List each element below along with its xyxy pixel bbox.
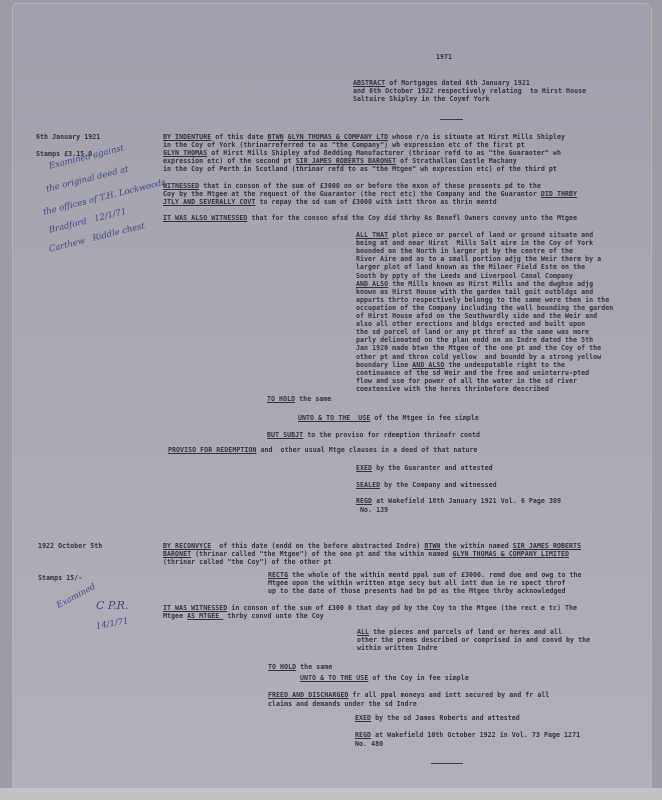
reconveyance-date: 1922 October 5th (38, 542, 102, 550)
indenture-line-2: in the Coy of York (thrinarreferred to a… (163, 141, 525, 149)
text: of Hirst House afsd on the Southwardly s… (356, 312, 597, 320)
note-line: C P.R. (96, 599, 128, 612)
property-line: South by ppty of the Leeds and Liverpool… (356, 272, 573, 280)
indenture-line-4: expression etc) of the second pt SIR JAM… (163, 157, 517, 165)
text: of this date (211, 133, 267, 141)
proviso-lead: PROVISO FOR REDEMPTION (168, 446, 256, 454)
sealed-lead: SEALED (356, 481, 380, 489)
title-line-1: of Mortgages dated 6th January 1921 (385, 79, 530, 87)
mortgagee-name: SIR JAMES ROBERTS (513, 542, 581, 550)
property-line: bounded on the North in larger pt by the… (356, 247, 573, 255)
jtly-covt: JTLY AND SEVERALLY COVT (163, 198, 255, 206)
stamps-duty-1922: Stamps 15/- (38, 574, 82, 582)
text: whose r/o is situate at Hirst Mills Ship… (388, 133, 565, 141)
btwn: BTWN (268, 133, 284, 141)
text: expression etc) of the second pt (163, 157, 296, 165)
text: fr all ppal moneys and intt secured by a… (348, 691, 549, 699)
property-line: flow and use for power of all the water … (356, 377, 577, 385)
witnessed-1922-line-2: Mtgee AS MTGEE thrby convd unto the Coy (163, 612, 324, 620)
text: occupation of the Company including the … (356, 304, 613, 312)
property-line: being at and near Hirst Mills Salt aire … (356, 239, 593, 247)
exed-1922: EXED by the sd James Roberts and atteste… (355, 714, 520, 722)
witnessed-1922-line-1: IT WAS WITNESSED in conson of the sum of… (163, 604, 577, 612)
clause-lead: AND ALSO (356, 280, 388, 288)
regd-1922: REGD at Wakefield 10th October 1922 in V… (355, 731, 580, 739)
text: of the Coy in fee simple (368, 674, 469, 682)
witnessed-lead: IT WAS WITNESSED (163, 604, 227, 612)
text: also all other erections and bldgs erect… (356, 320, 585, 328)
also-witnessed: IT WAS ALSO WITNESSED that for the conso… (163, 214, 577, 222)
text: the sd parcel of land or any pt throf as… (356, 328, 589, 336)
all-line-2: other the prems described or comprised i… (357, 636, 590, 644)
text: boundary line (356, 361, 412, 369)
clause-lead: AND ALSO (412, 361, 444, 369)
regd-number-1922: No. 480 (355, 740, 383, 748)
indenture-line-3: GLYN THOMAS of Hirst Mills Shipley afsd … (163, 149, 561, 157)
text: continuance of the sd Weir and the free … (356, 369, 589, 377)
guarantor-name: GLYN THOMAS (163, 149, 207, 157)
reconveyance-line-2: BARONET (thrinar called "the Mtgee") of … (163, 550, 569, 558)
exed-lead: EXED (356, 464, 372, 472)
handwritten-initials: C P.R. (96, 600, 128, 611)
all-line-1: ALL the pieces and parcels of land or he… (357, 628, 562, 636)
text: at Wakefield 18th January 1921 Vol. 6 Pa… (372, 497, 561, 505)
text: River Aire and as to a small portion adj… (356, 255, 601, 263)
exed-1921: EXED by the Guaranter and attested (356, 464, 493, 472)
text: that in conson of the sum of £3000 on or… (199, 182, 541, 190)
reconvyce-lead: BY RECONVYCE (163, 542, 211, 550)
text: by the Company and witnessed (380, 481, 497, 489)
freed-line-2: claims and demands under the sd Indre (268, 700, 417, 708)
unto-use-1922: UNTO & TO THE USE of the Coy in fee simp… (300, 674, 469, 682)
text: other pt and thron cold yellow and bound… (356, 353, 601, 361)
also-witnessed-lead: IT WAS ALSO WITNESSED (163, 214, 247, 222)
text: Coy by the Mtgee at the request of the G… (163, 190, 541, 198)
property-line: continuance of the sd Weir and the free … (356, 369, 589, 377)
company-name: GLYN THOMAS & COMPANY LIMITED (452, 550, 569, 558)
text: South by ppty of the Leeds and Liverpool… (356, 272, 573, 280)
document-page (12, 3, 652, 790)
but-subjt-lead: BUT SUBJT (267, 431, 303, 439)
text: parly delineated on the plan endd on an … (356, 336, 593, 344)
unto-use-1921: UNTO & TO THE USE of the Mtgee in fee si… (298, 414, 479, 422)
text: thrby convd unto the Coy (223, 612, 324, 620)
text: of Strathallan Castle Machany (396, 157, 517, 165)
sealed-1921: SEALED by the Company and witnessed (356, 481, 497, 489)
indenture-line-5: in the Coy of Perth in Scotland (thrinar… (163, 165, 557, 173)
unto-lead: UNTO & TO THE USE (300, 674, 368, 682)
rectg-lead: RECTG (268, 571, 288, 579)
text: of this date (endd on the before abstrac… (211, 542, 424, 550)
property-line: of Hirst House afsd on the Southwardly s… (356, 312, 597, 320)
text: that for the conson afsd the Coy did thr… (247, 214, 577, 222)
property-line: AND ALSO the Mills known as Hirst Mills … (356, 280, 593, 288)
text: coextensive with the heres thrinbefore d… (356, 385, 549, 393)
but-subjt: BUT SUBJT to the proviso for rdemption t… (267, 431, 480, 439)
rectg-line-1: RECTG the whole of the within mentd ppal… (268, 571, 582, 579)
text: in conson of the sum of £300 0 that day … (227, 604, 577, 612)
unto-lead: UNTO & TO THE USE (298, 414, 370, 422)
text: flow and use for power of all the water … (356, 377, 577, 385)
to-hold-1922: TO HOLD the same (268, 663, 332, 671)
title-line-3: Saltaire Shipley in the Coymf York (353, 95, 490, 103)
proviso-redemption: PROVISO FOR REDEMPTION and other usual M… (168, 446, 478, 454)
text: at Wakefield 10th October 1922 in Vol. 7… (371, 731, 580, 739)
text: to the proviso for rdemption thrinafr co… (303, 431, 480, 439)
btwn: BTWN (424, 542, 440, 550)
reconveyance-line-3: (thrinar called "the Coy") of the other … (163, 558, 332, 566)
property-line: boundary line AND ALSO the undesputable … (356, 361, 565, 369)
title-line-2: and 6th October 1922 respectively relati… (353, 87, 586, 95)
text: to repay the sd sum of £3000 with intt t… (255, 198, 496, 206)
text: Jan 1920 made btwn the Mtgee of the one … (356, 344, 601, 352)
witnessed-lead: WITNESSED (163, 182, 199, 190)
text: being at and near Hirst Mills Salt aire … (356, 239, 593, 247)
text: Mtgee (163, 612, 187, 620)
text: of Hirst Mills Shipley afsd Bedding Manu… (207, 149, 561, 157)
scan-background (0, 788, 662, 800)
property-line: coextensive with the heres thrinbefore d… (356, 385, 549, 393)
regd-1921: REGD at Wakefield 18th January 1921 Vol.… (356, 497, 561, 505)
freed-lead: FREED AND DISCHARGED (268, 691, 348, 699)
property-line: known as Hirst House with the garden tai… (356, 288, 593, 296)
to-hold-lead: TO HOLD (267, 395, 295, 403)
freed-line-1: FREED AND DISCHARGED fr all ppal moneys … (268, 691, 549, 699)
text: of the Mtgee in fee simple (370, 414, 479, 422)
property-line: Jan 1920 made btwn the Mtgee of the one … (356, 344, 601, 352)
did-thrby: DID THRBY (541, 190, 577, 198)
company-name: GLYN THOMAS & COMPANY LTD (288, 133, 389, 141)
mortgagee-title: BARONET (163, 550, 191, 558)
property-line: larger plot of land known as the Milner … (356, 263, 585, 271)
end-divider (431, 763, 463, 764)
mortgagee-name: SIR JAMES ROBERTS BARONET (296, 157, 397, 165)
witnessed-line-3: JTLY AND SEVERALLY COVT to repay the sd … (163, 198, 497, 206)
regd-lead: REGD (355, 731, 371, 739)
property-line: ALL THAT plot piece or parcel of land or… (356, 231, 593, 239)
text: the undesputable right to the (444, 361, 565, 369)
text: (thrinar called "the Mtgee") of the one … (191, 550, 452, 558)
title-lead: ABSTRACT (353, 79, 385, 87)
property-line: other pt and thron cold yellow and bound… (356, 353, 601, 361)
text: the same (296, 663, 332, 671)
text: the within named (440, 542, 512, 550)
text: by the sd James Roberts and attested (371, 714, 520, 722)
regd-number-1921: No. 139 (360, 506, 388, 514)
property-line: occupation of the Company including the … (356, 304, 613, 312)
text: plot piece or parcel of land or ground s… (388, 231, 593, 239)
property-line: appurts thrto respectively belongg to th… (356, 296, 609, 304)
text: appurts thrto respectively belongg to th… (356, 296, 609, 304)
to-hold-1921: TO HOLD the same (267, 395, 331, 403)
title-divider (440, 119, 463, 120)
property-line: the sd parcel of land or any pt throf as… (356, 328, 589, 336)
mortgage-date: 6th January 1921 (36, 133, 100, 141)
text: bounded on the North in larger pt by the… (356, 247, 573, 255)
clause-lead: ALL THAT (356, 231, 388, 239)
document-title: ABSTRACT of Mortgages dated 6th January … (353, 79, 530, 87)
text: the whole of the within mentd ppal sum o… (288, 571, 581, 579)
page-number: 1971 (436, 53, 452, 61)
exed-lead: EXED (355, 714, 371, 722)
all-lead: ALL (357, 628, 369, 636)
indenture-lead: BY INDENTURE (163, 133, 211, 141)
text: the Mills known as Hirst Mills and the d… (388, 280, 593, 288)
rectg-line-2: Mtgee upon the within written mtge secy … (268, 579, 565, 587)
to-hold-lead: TO HOLD (268, 663, 296, 671)
witnessed-line-2: Coy by the Mtgee at the request of the G… (163, 190, 577, 198)
reconveyance-line-1: BY RECONVYCE of this date (endd on the b… (163, 542, 581, 550)
as-mtgee: AS MTGEE (187, 612, 223, 620)
text: the same (295, 395, 331, 403)
witnessed-line-1: WITNESSED that in conson of the sum of £… (163, 182, 541, 190)
all-line-3: within written Indre (357, 644, 437, 652)
property-line: also all other erections and bldgs erect… (356, 320, 585, 328)
text: by the Guaranter and attested (372, 464, 493, 472)
text: larger plot of land known as the Milner … (356, 263, 585, 271)
indenture-line-1: BY INDENTURE of this date BTWN GLYN THOM… (163, 133, 565, 141)
property-line: parly delineated on the plan endd on an … (356, 336, 593, 344)
rectg-line-3: up to the date of those presents had bn … (268, 587, 565, 595)
text: known as Hirst House with the garden tai… (356, 288, 593, 296)
text: and other usual Mtge clauses in a deed o… (256, 446, 477, 454)
text: the pieces and parcels of land or heres … (369, 628, 562, 636)
property-line: River Aire and as to a small portion adj… (356, 255, 601, 263)
regd-lead: REGD (356, 497, 372, 505)
